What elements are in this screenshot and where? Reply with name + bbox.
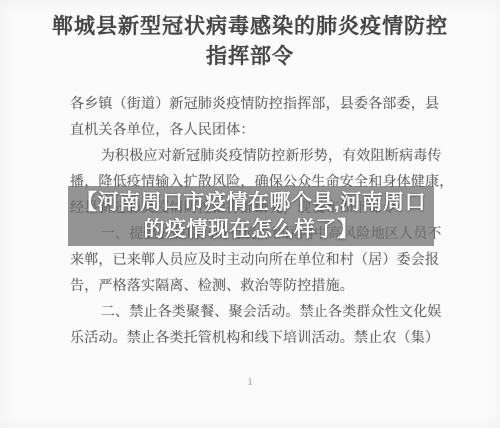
document-text-line: 来郸，已来郸人员应及时主动向所在单位和村（居）委会报 bbox=[70, 248, 438, 274]
document-text-line: 各乡镇（街道）新冠肺炎疫情防控指挥部，县委各部委，县 bbox=[70, 92, 438, 118]
caption-overlay: 【河南周口市疫情在哪个县,河南周口 的疫情现在怎么样了】 bbox=[68, 186, 434, 246]
document-text-line: 直机关各单位，各人民团体： bbox=[70, 118, 438, 144]
document-photo: 郸城县新型冠状病毒感染的肺炎疫情防控 指挥部令 各乡镇（街道）新冠肺炎疫情防控指… bbox=[0, 0, 500, 428]
page-number: 1 bbox=[0, 376, 500, 388]
document-text-line: 为积极应对新冠肺炎疫情防控新形势，有效阻断病毒传 bbox=[70, 144, 438, 170]
document-title: 郸城县新型冠状病毒感染的肺炎疫情防控 指挥部令 bbox=[0, 12, 500, 72]
document-title-line2: 指挥部令 bbox=[0, 42, 500, 72]
document-text-line: 二、禁止各类聚餐、聚会活动。禁止各类群众性文化娱 bbox=[70, 300, 438, 326]
document-text-line: 乐活动。禁止各类托管机构和线下培训活动。禁止农（集） bbox=[70, 326, 438, 352]
caption-text-line1: 【河南周口市疫情在哪个县,河南周口 bbox=[76, 189, 426, 216]
document-title-line1: 郸城县新型冠状病毒感染的肺炎疫情防控 bbox=[0, 12, 500, 42]
caption-text-line2: 的疫情现在怎么样了】 bbox=[144, 216, 359, 243]
document-text-line: 告，严格落实隔离、检测、救治等防控措施。 bbox=[70, 274, 438, 300]
